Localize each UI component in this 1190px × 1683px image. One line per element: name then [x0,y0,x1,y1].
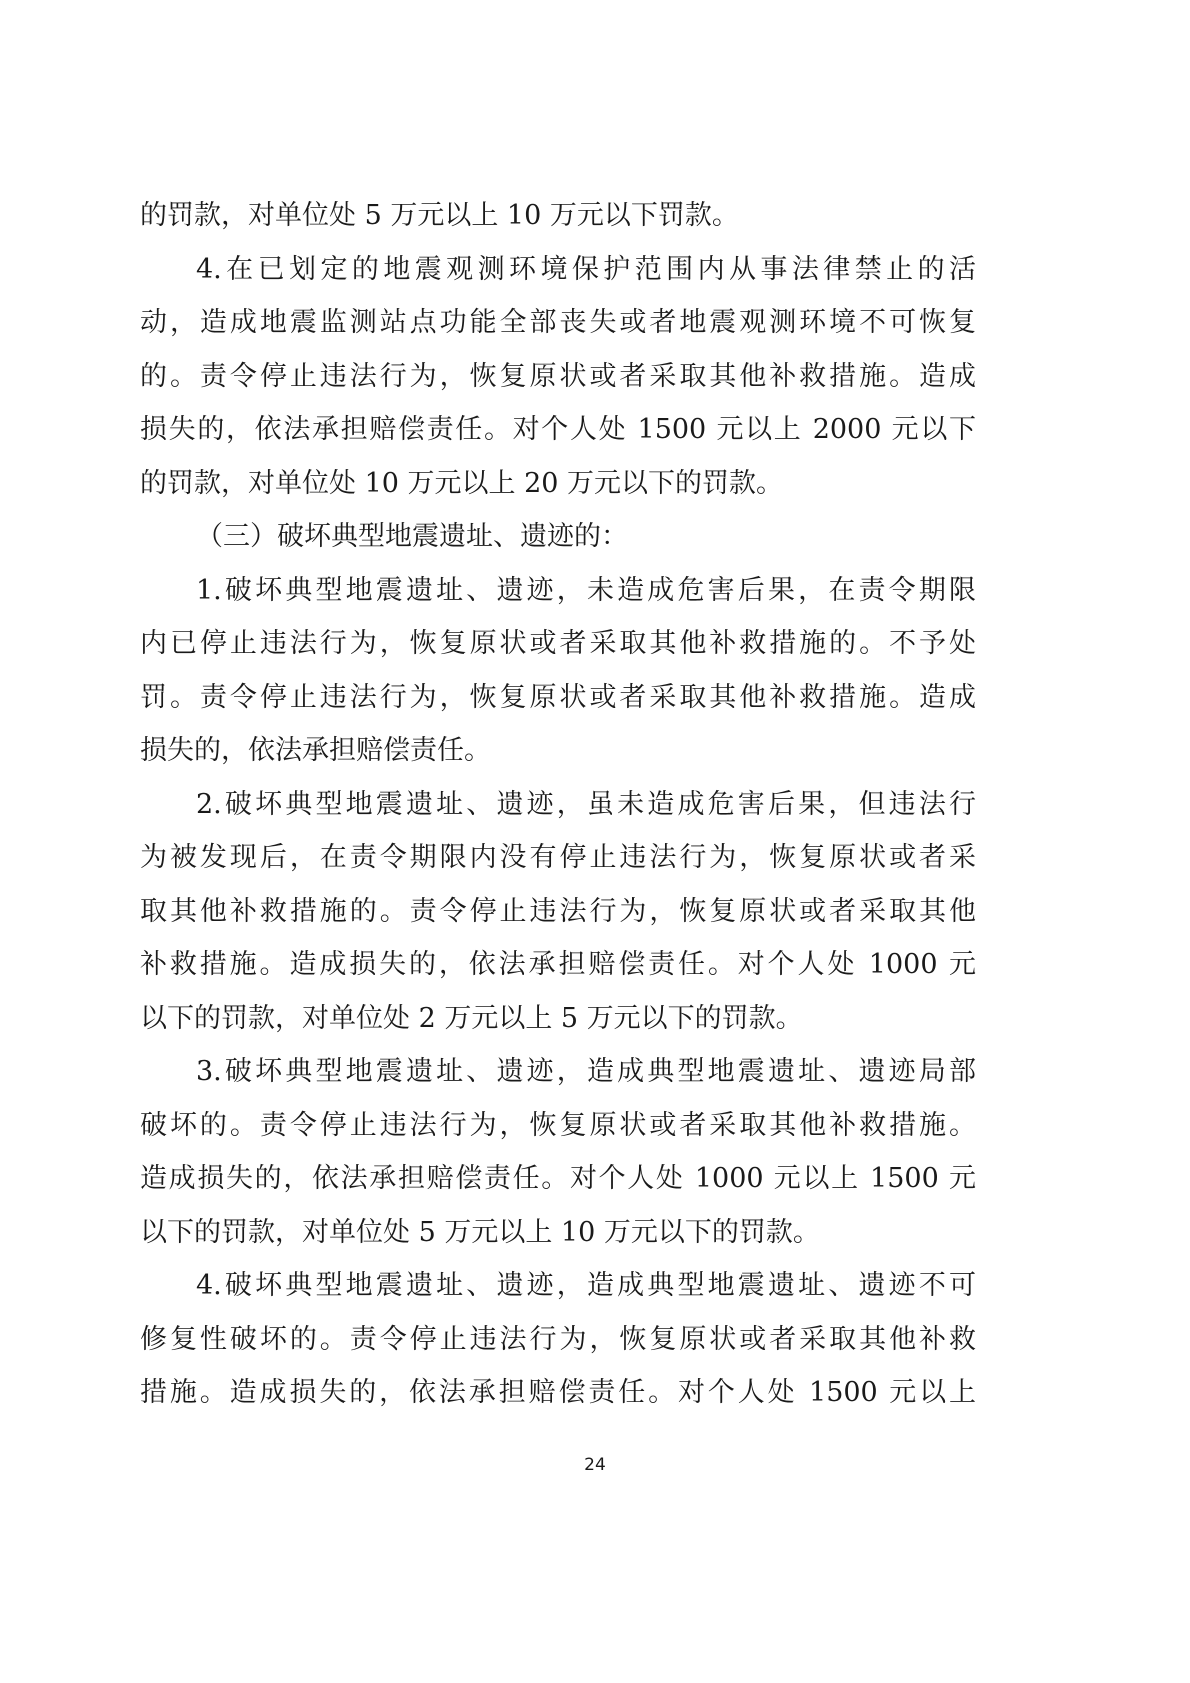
text-line: 造成损失的，依法承担赔偿责任。对个人处 1000 元以上 1500 元 [140,1152,976,1206]
text-line: 以下的罚款，对单位处 5 万元以上 10 万元以下的罚款。 [140,1206,976,1260]
text-line: 2.破坏典型地震遗址、遗迹，虽未造成危害后果，但违法行 [140,778,976,832]
text-line: 1.破坏典型地震遗址、遗迹，未造成危害后果，在责令期限 [140,564,976,618]
text-line: 内已停止违法行为，恢复原状或者采取其他补救措施的。不予处 [140,617,976,671]
text-line: 3.破坏典型地震遗址、遗迹，造成典型地震遗址、遗迹局部 [140,1045,976,1099]
text-line: 破坏的。责令停止违法行为，恢复原状或者采取其他补救措施。 [140,1099,976,1153]
text-line: 取其他补救措施的。责令停止违法行为，恢复原状或者采取其他 [140,885,976,939]
text-line: 4.破坏典型地震遗址、遗迹，造成典型地震遗址、遗迹不可 [140,1259,976,1313]
text-line: 4.在已划定的地震观测环境保护范围内从事法律禁止的活 [140,243,976,297]
section-heading: （三）破坏典型地震遗址、遗迹的： [140,510,976,564]
text-line: 以下的罚款，对单位处 2 万元以上 5 万元以下的罚款。 [140,992,976,1046]
document-page: 的罚款，对单位处 5 万元以上 10 万元以下罚款。 4.在已划定的地震观测环境… [0,0,1190,1683]
text-line: 措施。造成损失的，依法承担赔偿责任。对个人处 1500 元以上 [140,1366,976,1420]
page-number: 24 [0,1455,1190,1475]
text-line: 动，造成地震监测站点功能全部丧失或者地震观测环境不可恢复 [140,296,976,350]
text-line: 损失的，依法承担赔偿责任。 [140,724,976,778]
text-line: 补救措施。造成损失的，依法承担赔偿责任。对个人处 1000 元 [140,938,976,992]
text-line: 罚。责令停止违法行为，恢复原状或者采取其他补救措施。造成 [140,671,976,725]
text-line: 的罚款，对单位处 10 万元以上 20 万元以下的罚款。 [140,457,976,511]
text-line: 的罚款，对单位处 5 万元以上 10 万元以下罚款。 [140,189,976,243]
text-line: 的。责令停止违法行为，恢复原状或者采取其他补救措施。造成 [140,350,976,404]
text-line: 为被发现后，在责令期限内没有停止违法行为，恢复原状或者采 [140,831,976,885]
text-line: 修复性破坏的。责令停止违法行为，恢复原状或者采取其他补救 [140,1313,976,1367]
text-line: 损失的，依法承担赔偿责任。对个人处 1500 元以上 2000 元以下 [140,403,976,457]
body-text: 的罚款，对单位处 5 万元以上 10 万元以下罚款。 4.在已划定的地震观测环境… [140,189,976,1420]
